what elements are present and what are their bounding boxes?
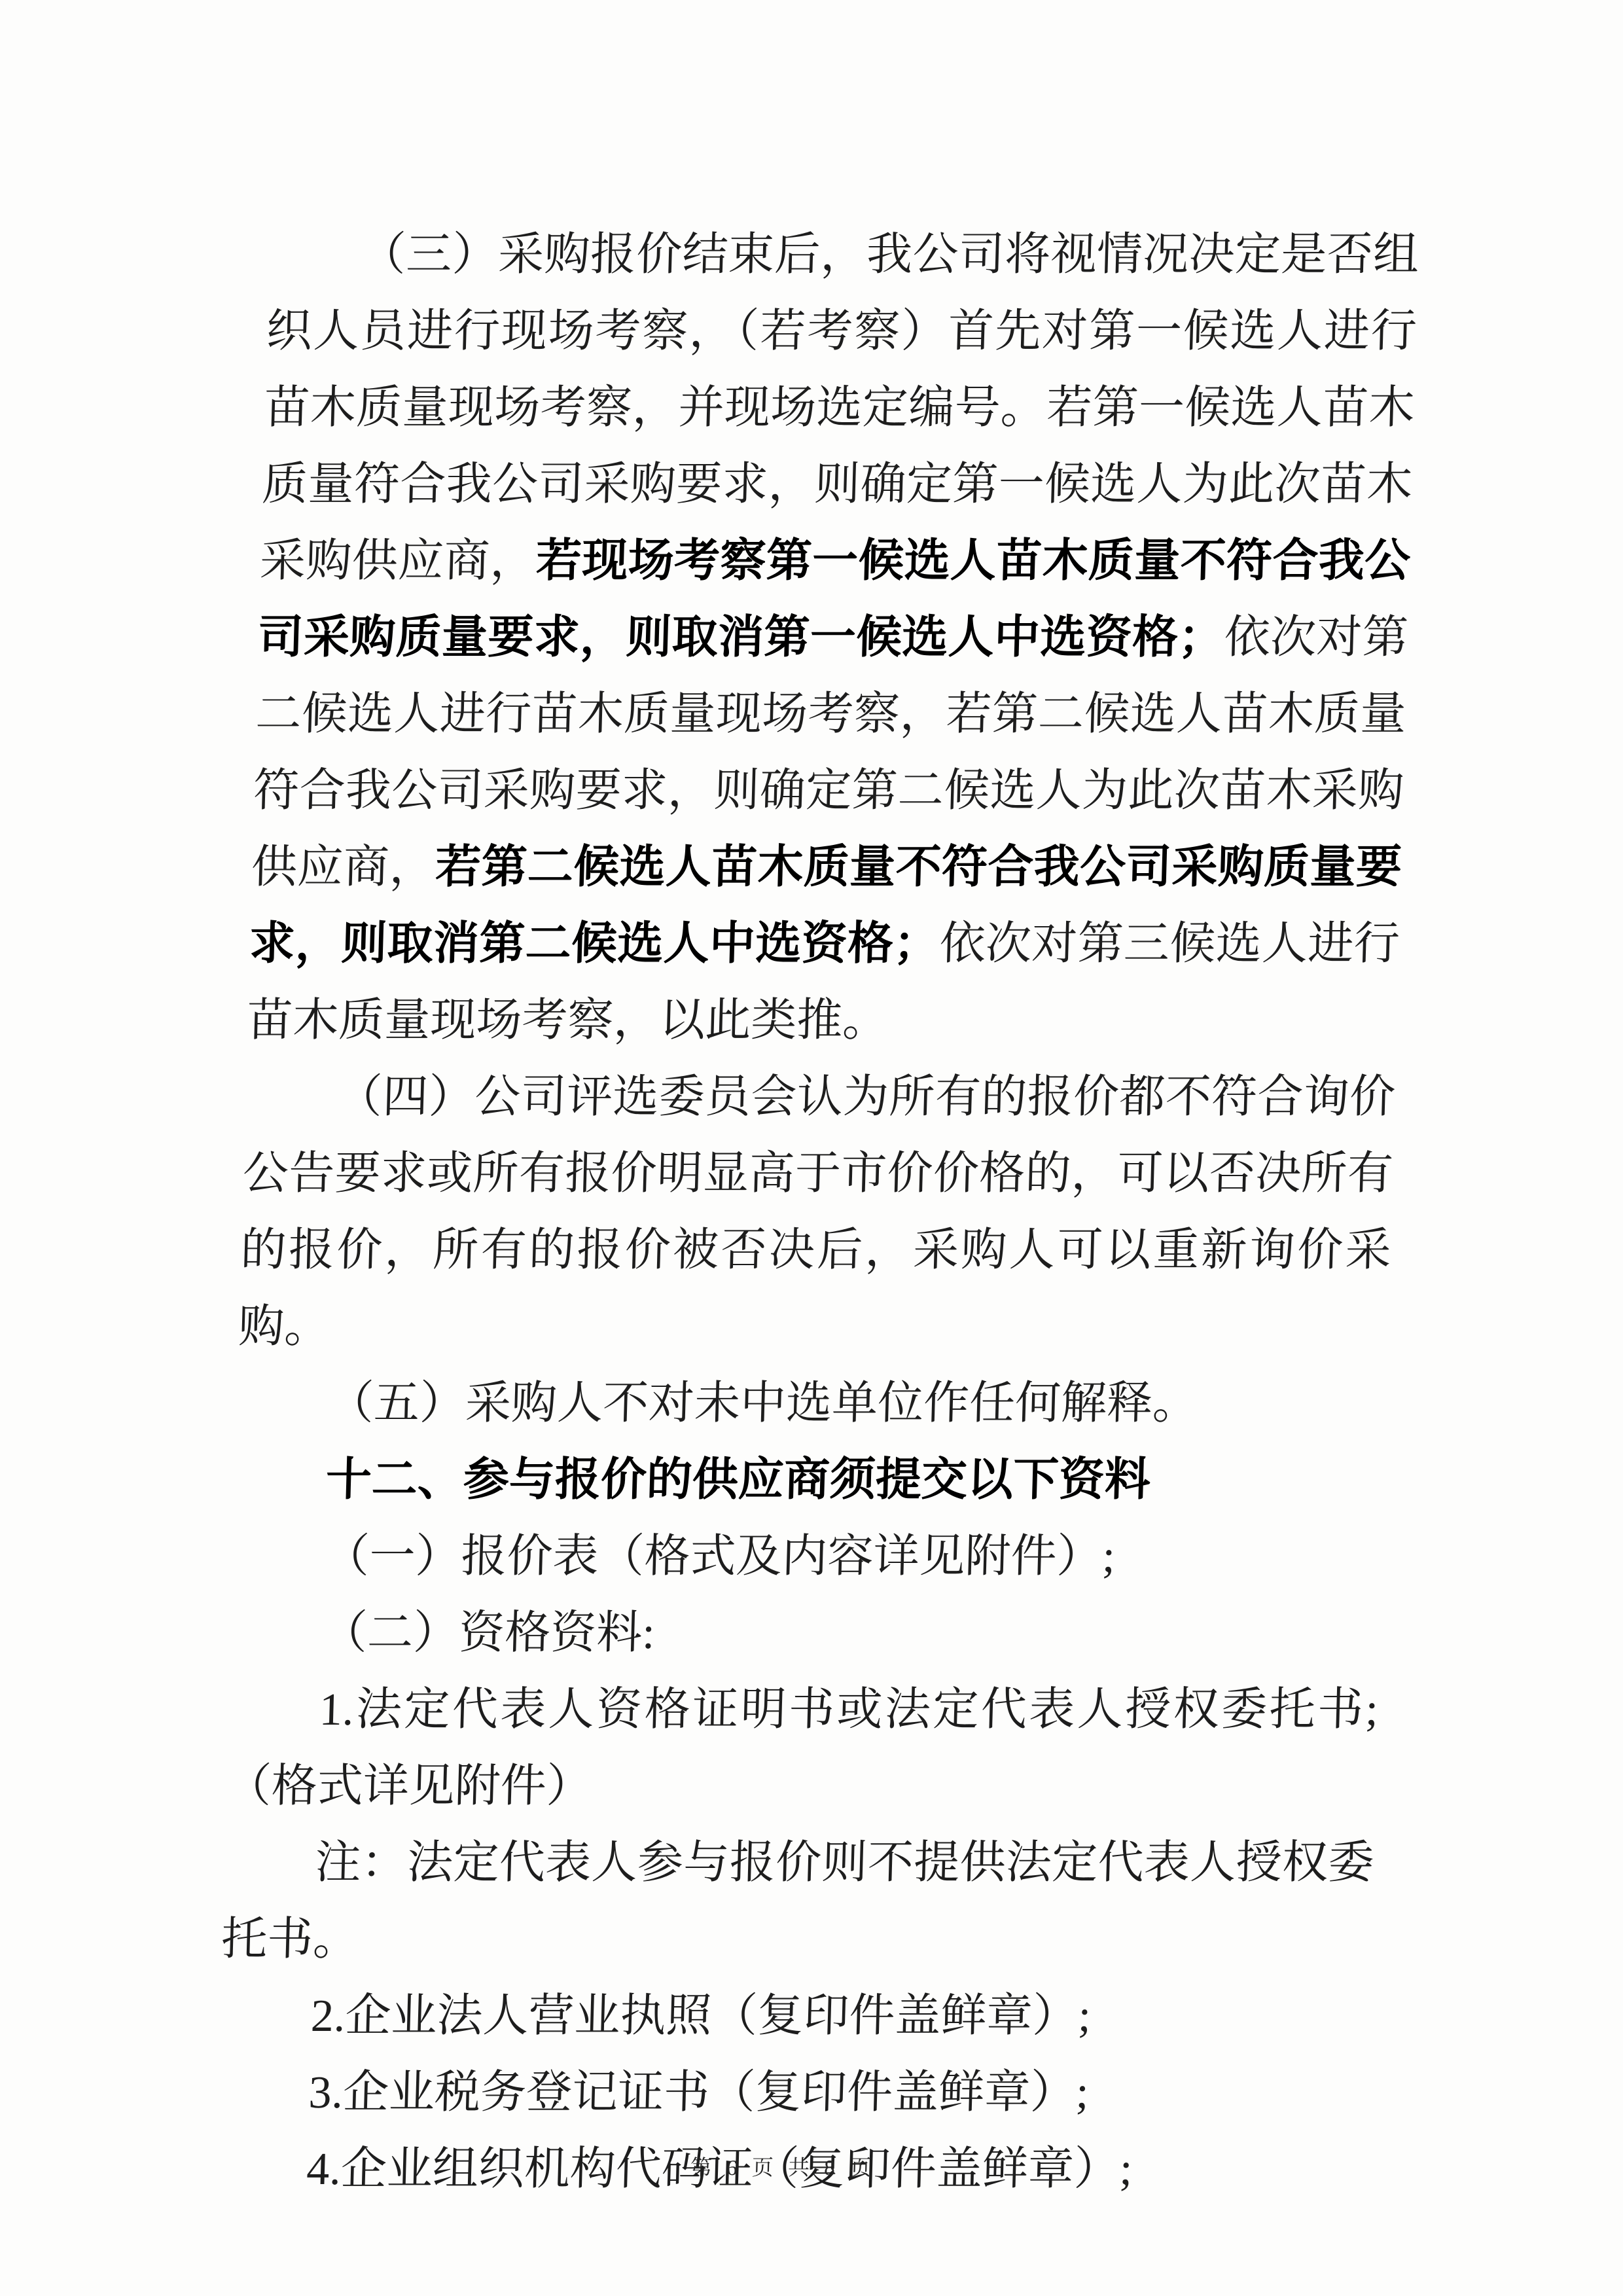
text-run-bold: 十二、参与报价的供应商须提交以下资料 (325, 1455, 1151, 1505)
text-run: （五）采购人不对未中选单位作任何解释。 (327, 1378, 1199, 1429)
document-page: （三）采购报价结束后，我公司将视情况决定是否组织人员进行现场考察，（若考察）首先… (0, 0, 1623, 2296)
paragraph-note: 注：法定代表人参与报价则不提供法定代表人授权委托书。 (221, 1825, 1376, 1978)
paragraph-clause-5: （五）采购人不对未中选单位作任何解释。 (235, 1365, 1387, 1442)
paragraph-item-1: （一）报价表（格式及内容详见附件）; (231, 1518, 1383, 1595)
text-run: （二）资格资料: (321, 1608, 656, 1659)
text-run: 1.法定代表人资格证明书或法定代表人授权委托书;（格式详见附件） (225, 1685, 1379, 1812)
text-run: 注：法定代表人参与报价则不提供法定代表人授权委托书。 (221, 1838, 1374, 1965)
text-run: （四）公司评选委员会认为所有的报价都不符合询价公告要求或所有报价明显高于市价价格… (238, 1072, 1396, 1352)
document-body: （三）采购报价结束后，我公司将视情况决定是否组织人员进行现场考察，（若考察）首先… (214, 217, 1420, 2208)
paragraph-subitem-3: 3.企业税务登记证书（复印件盖鲜章）; (216, 2054, 1368, 2131)
paragraph-clause-3: （三）采购报价结束后，我公司将视情况决定是否组织人员进行现场考察，（若考察）首先… (246, 217, 1420, 1059)
paragraph-subitem-1: 1.法定代表人资格证明书或法定代表人授权委托书;（格式详见附件） (224, 1672, 1380, 1825)
text-run: 3.企业税务登记证书（复印件盖鲜章）; (308, 2068, 1090, 2118)
paragraph-subitem-2: 2.企业法人营业执照（复印件盖鲜章）; (218, 1978, 1370, 2054)
page-number: 第 6 页 共 8 页 (690, 2157, 876, 2180)
text-run: （三）采购报价结束后，我公司将视情况决定是否组织人员进行现场考察，（若考察）首先… (259, 230, 1419, 586)
paragraph-clause-4: （四）公司评选委员会认为所有的报价都不符合询价公告要求或所有报价明显高于市价价格… (238, 1059, 1397, 1365)
text-run: （一）报价表（格式及内容详见附件）; (323, 1532, 1116, 1582)
text-run: 2.企业法人营业执照（复印件盖鲜章）; (310, 1991, 1092, 2041)
paragraph-item-2: （二）资格资料: (229, 1595, 1382, 1672)
scanned-content: （三）采购报价结束后，我公司将视情况决定是否组织人员进行现场考察，（若考察）首先… (0, 0, 1623, 2296)
section-heading-12: 十二、参与报价的供应商须提交以下资料 (233, 1442, 1385, 1518)
page-footer: 第 6 页 共 8 页 (0, 2151, 1595, 2181)
